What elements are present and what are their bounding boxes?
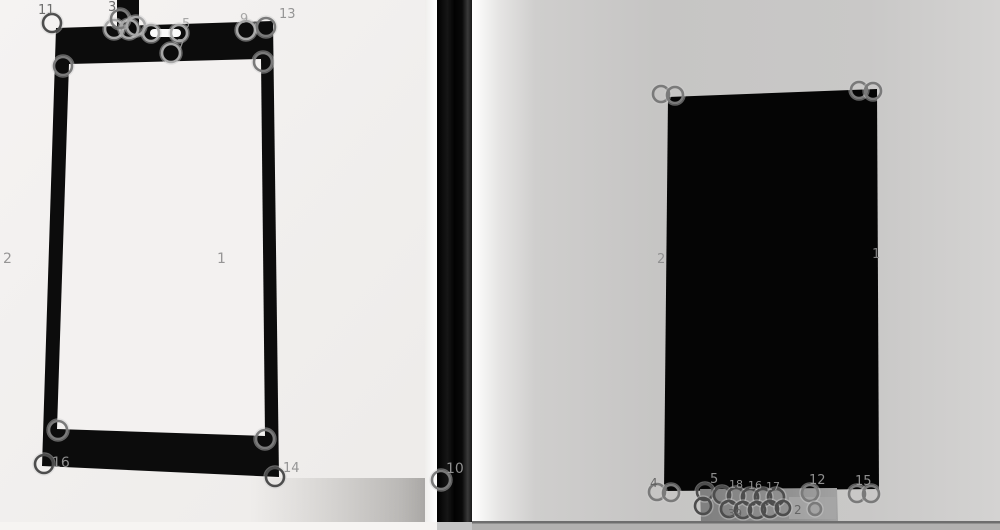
point-label: 2 [3,251,12,267]
point-label: 16 [748,479,762,492]
point-label: 2 [657,252,665,267]
point-label: 13 [279,7,296,22]
point-label: 17 [766,480,780,493]
right-bottom-strip [472,524,1000,530]
point-label: 10 [446,461,464,477]
point-label: 18 [729,478,743,491]
point-label: 11 [38,3,55,18]
left-bottom-strip [0,522,437,530]
point-label: 7 [177,38,185,53]
point-label: 5 [182,17,190,32]
point-label: 16 [52,455,70,471]
scene-canvas: 11357913161421 10 21451816171215392 [0,0,1000,530]
point-label: 14 [283,461,300,476]
inspection-figure: 11357913161421 10 21451816171215392 [0,0,1000,530]
touch-panel-glass [664,89,879,491]
phone-frame-window [57,59,265,436]
band-left-highlight [425,0,437,530]
point-label: 4 [650,476,658,490]
divider-band [437,0,472,522]
phone-frame [42,0,279,477]
point-label: 15 [855,474,872,489]
point-label: 39 [728,507,742,520]
point-label: 9 [240,12,248,27]
point-label: 1 [217,251,226,267]
point-label: 3 [108,0,116,15]
point-label: 2 [794,503,802,517]
point-label: 12 [809,473,826,488]
band-bottom-strip [437,522,472,530]
point-label: 1 [872,247,880,262]
speaker-slot [150,29,181,37]
touch-panel [664,89,879,521]
right-bottom-divider-line [472,521,1000,524]
point-label: 5 [710,472,718,487]
